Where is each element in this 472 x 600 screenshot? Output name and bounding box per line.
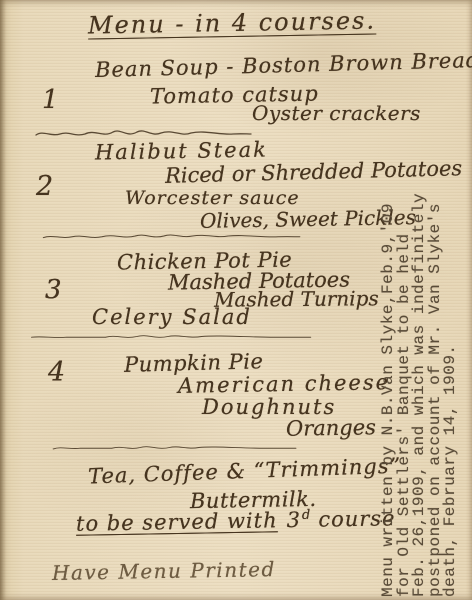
course-4-item-american-cheese: American cheese bbox=[178, 371, 390, 398]
course-divider-2 bbox=[40, 229, 302, 243]
closing-served-underlined: to be served with bbox=[76, 508, 278, 536]
closing-served-number: 3 bbox=[286, 508, 301, 532]
course-4-number: 4 bbox=[48, 358, 65, 388]
menu-document: Menu - in 4 courses. 1 Bean Soup - Bosto… bbox=[0, 0, 472, 600]
closing-served-ordinal: d bbox=[302, 508, 312, 523]
page-title: Menu - in 4 courses. bbox=[88, 7, 376, 38]
course-2-item-worcester-sauce: Worcester sauce bbox=[125, 188, 300, 209]
course-divider-3 bbox=[28, 330, 313, 343]
course-1-number: 1 bbox=[42, 86, 59, 115]
closing-tea-coffee-line: Tea, Coffee & “Trimmings” bbox=[88, 455, 402, 489]
course-3-item-celery-salad: Celery Salad bbox=[92, 306, 252, 329]
course-2-number: 2 bbox=[36, 172, 53, 202]
typed-annotation: Menu written by N.B.Van Slyke,Feb.9,'09 … bbox=[381, 195, 459, 597]
course-2-item-halibut-steak: Halibut Steak bbox=[95, 138, 268, 164]
footer-note: Have Menu Printed bbox=[52, 558, 276, 584]
course-3-number: 3 bbox=[45, 276, 62, 305]
course-divider-4 bbox=[50, 441, 298, 454]
course-4-item-oranges: Oranges bbox=[286, 416, 376, 441]
course-2-item-riced-potatoes: Riced or Shredded Potatoes bbox=[165, 157, 463, 188]
course-1-item-oyster-crackers: Oyster crackers bbox=[252, 102, 421, 124]
course-1-item-bean-soup: Bean Soup - Boston Brown Bread bbox=[95, 49, 472, 82]
typed-line-5: death, February 14, 1909. bbox=[443, 195, 459, 597]
closing-served-line: to be served with3dcourse bbox=[76, 507, 396, 536]
